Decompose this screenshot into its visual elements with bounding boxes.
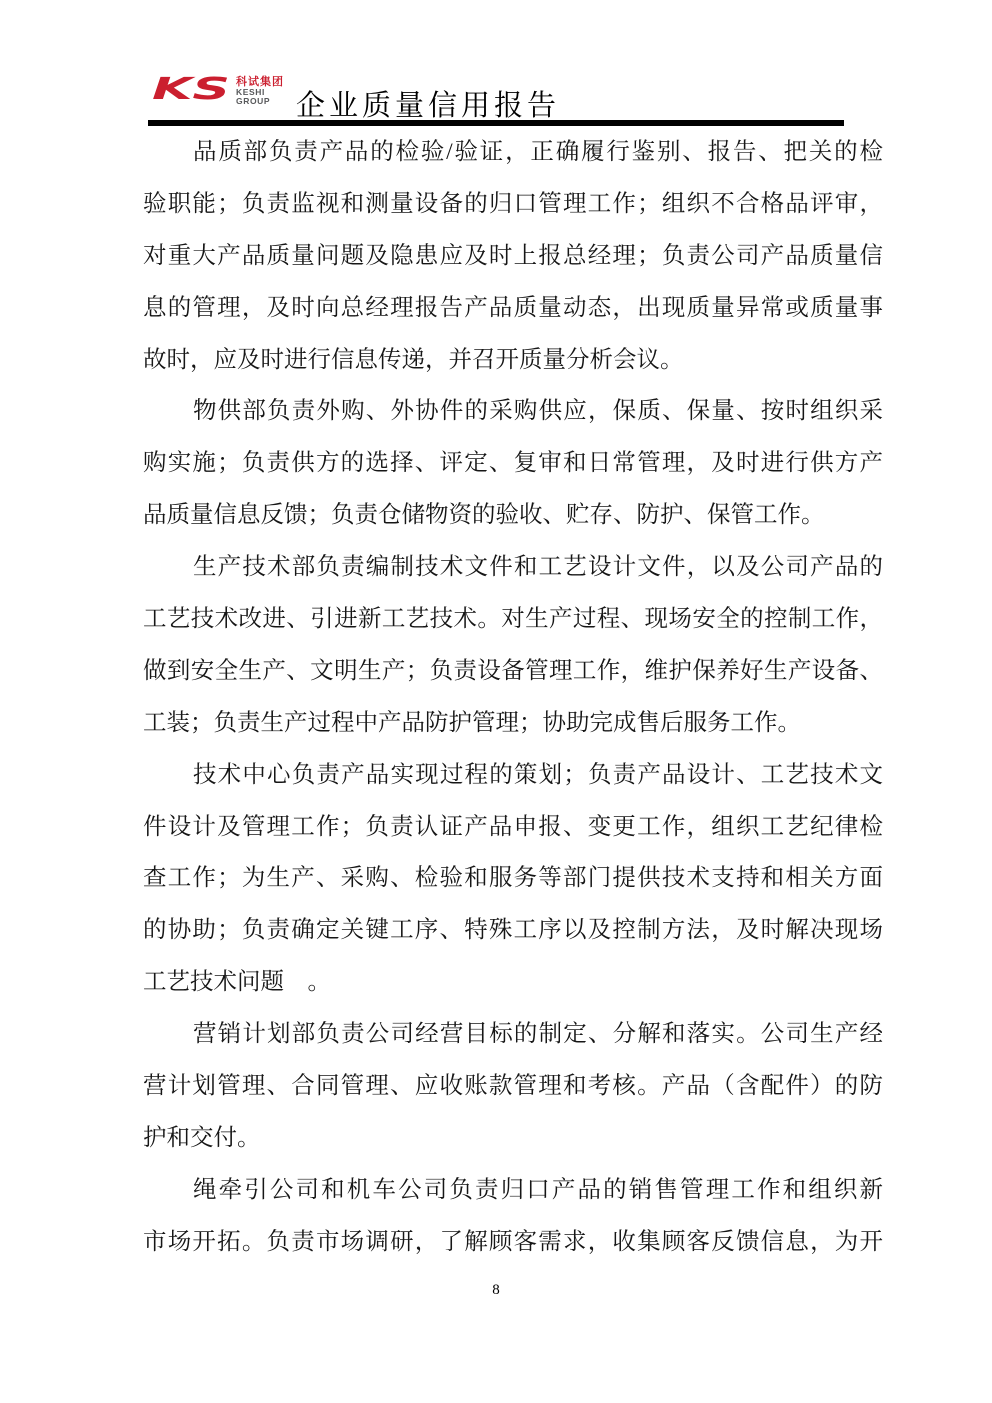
text-line: 做到安全生产、文明生产；负责设备管理工作，维护保养好生产设备、 — [143, 646, 883, 698]
text-line: 物供部负责外购、外协件的采购供应，保质、保量、按时组织采 — [143, 386, 883, 438]
text-line: 查工作；为生产、采购、检验和服务等部门提供技术支持和相关方面 — [143, 853, 883, 905]
document-body: 品质部负责产品的检验/验证，正确履行鉴别、报告、把关的检验职能；负责监视和测量设… — [143, 127, 883, 1269]
paragraph: 品质部负责产品的检验/验证，正确履行鉴别、报告、把关的检验职能；负责监视和测量设… — [143, 127, 883, 386]
paragraph: 物供部负责外购、外协件的采购供应，保质、保量、按时组织采购实施；负责供方的选择、… — [143, 386, 883, 542]
text-line: 技术中心负责产品实现过程的策划；负责产品设计、工艺技术文 — [143, 750, 883, 802]
text-line: 故时，应及时进行信息传递，并召开质量分析会议。 — [143, 335, 883, 387]
logo-text-column: 科试集团 KESHI GROUP — [236, 74, 284, 106]
text-line: 工艺技术问题 。 — [143, 957, 883, 1009]
paragraph: 技术中心负责产品实现过程的策划；负责产品设计、工艺技术文件设计及管理工作；负责认… — [143, 750, 883, 1009]
ks-logo-icon: KS — [152, 74, 231, 104]
text-line: 工艺技术改进、引进新工艺技术。对生产过程、现场安全的控制工作， — [143, 594, 883, 646]
page-number: 8 — [0, 1282, 992, 1299]
text-line: 营计划管理、合同管理、应收账款管理和考核。产品（含配件）的防 — [143, 1061, 883, 1113]
text-line: 验职能；负责监视和测量设备的归口管理工作；组织不合格品评审， — [143, 179, 883, 231]
text-line: 营销计划部负责公司经营目标的制定、分解和落实。公司生产经 — [143, 1009, 883, 1061]
text-line: 对重大产品质量问题及隐患应及时上报总经理；负责公司产品质量信 — [143, 231, 883, 283]
document-title: 企业质量信用报告 — [296, 83, 560, 124]
ks-logo-letters: KS — [152, 74, 230, 104]
text-line: 绳牵引公司和机车公司负责归口产品的销售管理工作和组织新 — [143, 1165, 883, 1217]
text-line: 品质部负责产品的检验/验证，正确履行鉴别、报告、把关的检 — [143, 127, 883, 179]
text-line: 件设计及管理工作；负责认证产品申报、变更工作，组织工艺纪律检 — [143, 802, 883, 854]
text-line: 品质量信息反馈；负责仓储物资的验收、贮存、防护、保管工作。 — [143, 490, 883, 542]
paragraph: 生产技术部负责编制技术文件和工艺设计文件，以及公司产品的工艺技术改进、引进新工艺… — [143, 542, 883, 750]
text-line: 工装；负责生产过程中产品防护管理；协助完成售后服务工作。 — [143, 698, 883, 750]
logo-company-name-en-line2: GROUP — [236, 97, 284, 106]
keshi-logo: KS 科试集团 KESHI GROUP — [152, 74, 284, 106]
text-line: 生产技术部负责编制技术文件和工艺设计文件，以及公司产品的 — [143, 542, 883, 594]
text-line: 护和交付。 — [143, 1113, 883, 1165]
text-line: 的协助；负责确定关键工序、特殊工序以及控制方法，及时解决现场 — [143, 905, 883, 957]
text-line: 息的管理，及时向总经理报告产品质量动态，出现质量异常或质量事 — [143, 283, 883, 335]
header-divider — [148, 120, 844, 126]
document-page: KS 科试集团 KESHI GROUP 企业质量信用报告 品质部负责产品的检验/… — [0, 0, 992, 1403]
paragraph: 绳牵引公司和机车公司负责归口产品的销售管理工作和组织新市场开拓。负责市场调研，了… — [143, 1165, 883, 1269]
text-line: 市场开拓。负责市场调研，了解顾客需求，收集顾客反馈信息，为开 — [143, 1217, 883, 1269]
text-line: 购实施；负责供方的选择、评定、复审和日常管理，及时进行供方产 — [143, 438, 883, 490]
paragraph: 营销计划部负责公司经营目标的制定、分解和落实。公司生产经营计划管理、合同管理、应… — [143, 1009, 883, 1165]
